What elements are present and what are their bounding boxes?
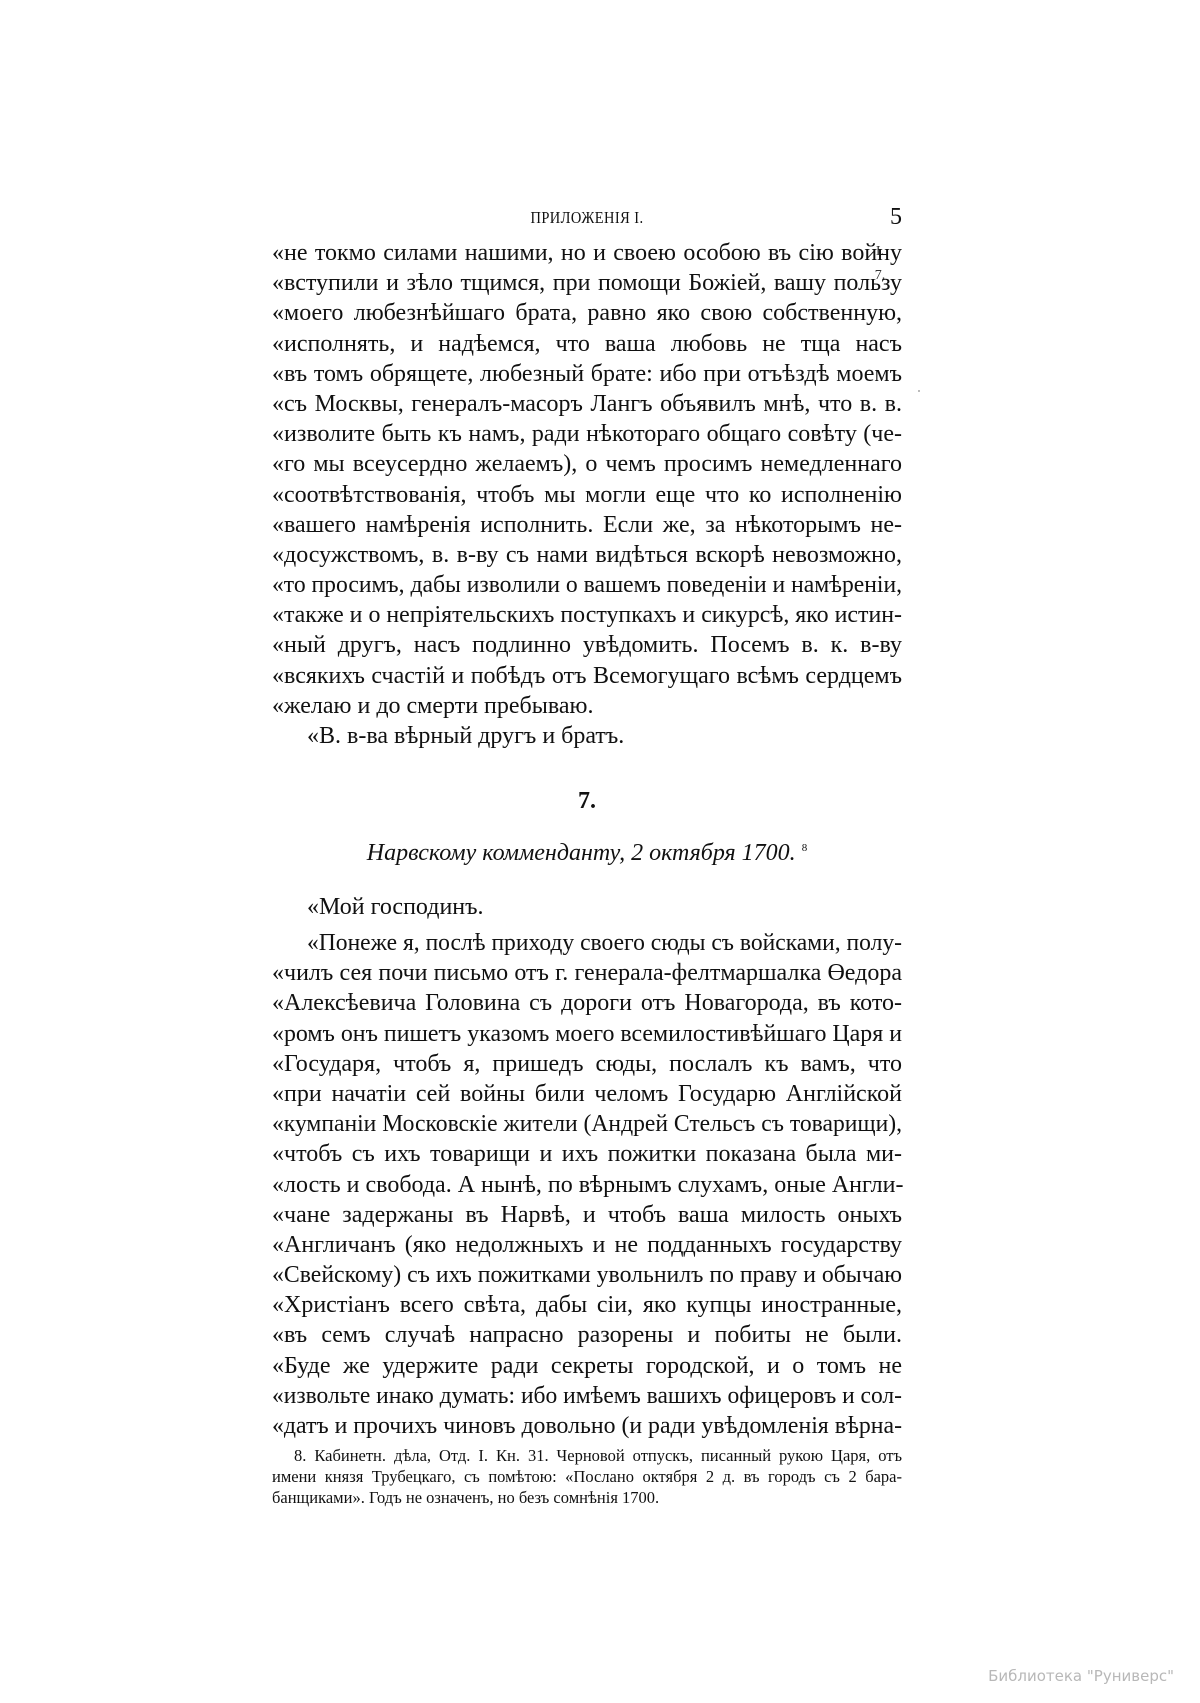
text-line: «Государя, чтобъ я, пришедъ сюды, послал… <box>272 1049 902 1079</box>
text-line: «ный другъ, насъ подлинно увѣдомить. Пос… <box>272 630 902 660</box>
text-line: «также и о непріятельскихъ поступкахъ и … <box>272 600 902 630</box>
footnote: 8. Кабинетн. дѣла, Отд. I. Кн. 31. Черно… <box>272 1445 902 1508</box>
text-line: «изволите быть къ намъ, ради нѣкотораго … <box>272 419 902 449</box>
text-line: «не токмо силами нашими, но и своею особ… <box>272 238 902 268</box>
text-line: «вашего намѣренія исполнить. Если же, за… <box>272 510 902 540</box>
text-line: «датъ и прочихъ чиновъ довольно (и ради … <box>272 1411 902 1441</box>
text-line: «въ семъ случаѣ напрасно разорены и поби… <box>272 1320 902 1350</box>
salutation-line: «Мой господинъ. <box>272 892 902 928</box>
section-title-text: Нарвскому комменданту, 2 октября 1700. <box>367 840 796 866</box>
footnote-reference: 8 <box>802 842 808 854</box>
text-line: «го мы всеусердно желаемъ), о чемъ проси… <box>272 449 902 479</box>
text-line: «Понеже я, послѣ приходу своего сюды съ … <box>272 928 902 958</box>
text-line: «лость и свобода. А нынѣ, по вѣрнымъ слу… <box>272 1170 902 1200</box>
footnote-line: 8. Кабинетн. дѣла, Отд. I. Кн. 31. Черно… <box>272 1445 902 1466</box>
page-header: ПРИЛОЖЕНІЯ I. 5 <box>272 208 902 238</box>
text-line: «при начатіи сей войны били челомъ Госуд… <box>272 1079 902 1109</box>
text-line: «извольте инако думать: ибо имѣемъ ваших… <box>272 1381 902 1411</box>
page-number: 5 <box>890 204 902 231</box>
text-line: «чане задержаны въ Нарвѣ, и чтобъ ваша м… <box>272 1200 902 1230</box>
text-line: «Англичанъ (яко недолжныхъ и не подданны… <box>272 1230 902 1260</box>
text-line: «съ Москвы, генералъ-масоръ Лангъ объяви… <box>272 389 902 419</box>
text-line: «чилъ сея почи письмо отъ г. генерала-фе… <box>272 958 902 988</box>
footnote-line: банщиками». Годъ не означенъ, но безъ со… <box>272 1487 902 1508</box>
letter-body: «Мой господинъ. «Понеже я, послѣ приходу… <box>272 892 902 1441</box>
text-line: «Свейскому) съ ихъ пожитками увольнилъ п… <box>272 1260 902 1290</box>
footnote-line: имени князя Трубецкаго, съ помѣтою: «Пос… <box>272 1466 902 1487</box>
text-line: «Христіанъ всего свѣта, дабы сіи, яко ку… <box>272 1290 902 1320</box>
signature-line: «В. в-ва вѣрный другъ и братъ. <box>272 721 902 751</box>
section-number: 7. <box>272 788 902 815</box>
text-line: «желаю и до смерти пребываю. <box>272 691 902 721</box>
book-page: ПРИЛОЖЕНІЯ I. 5 I. 7. «не токмо силами н… <box>0 0 1200 1703</box>
library-watermark: Библиотека "Руниверс" <box>988 1667 1174 1685</box>
scan-speck <box>918 390 920 392</box>
text-line: «Алексѣевича Головина съ дороги отъ Нова… <box>272 988 902 1018</box>
text-line: «досужствомъ, в. в-ву съ нами видѣться в… <box>272 540 902 570</box>
letter-continued: «не токмо силами нашими, но и своею особ… <box>272 238 902 751</box>
text-line: «Буде же удержите ради секреты городской… <box>272 1351 902 1381</box>
text-line: «исполнять, и надѣемся, что ваша любовь … <box>272 329 902 359</box>
text-line: «въ томъ обрящете, любезный брате: ибо п… <box>272 359 902 389</box>
section-title: Нарвскому комменданту, 2 октября 1700. 8 <box>272 840 902 867</box>
text-line: «кумпаніи Московскіе жители (Андрей Стел… <box>272 1109 902 1139</box>
text-line: «ромъ онъ пишетъ указомъ моего всемилост… <box>272 1019 902 1049</box>
text-line: «моего любезнѣйшаго брата, равно яко сво… <box>272 298 902 328</box>
text-line: «всякихъ счастій и побѣдъ отъ Всемогущаг… <box>272 661 902 691</box>
text-line: «вступили и зѣло тщимся, при помощи Божі… <box>272 268 902 298</box>
text-line: «соотвѣтствованія, чтобъ мы могли еще чт… <box>272 480 902 510</box>
text-line: «то просимъ, дабы изволили о вашемъ пове… <box>272 570 902 600</box>
text-line: «чтобъ съ ихъ товарищи и ихъ пожитки пок… <box>272 1139 902 1169</box>
running-head: ПРИЛОЖЕНІЯ I. <box>319 208 855 228</box>
